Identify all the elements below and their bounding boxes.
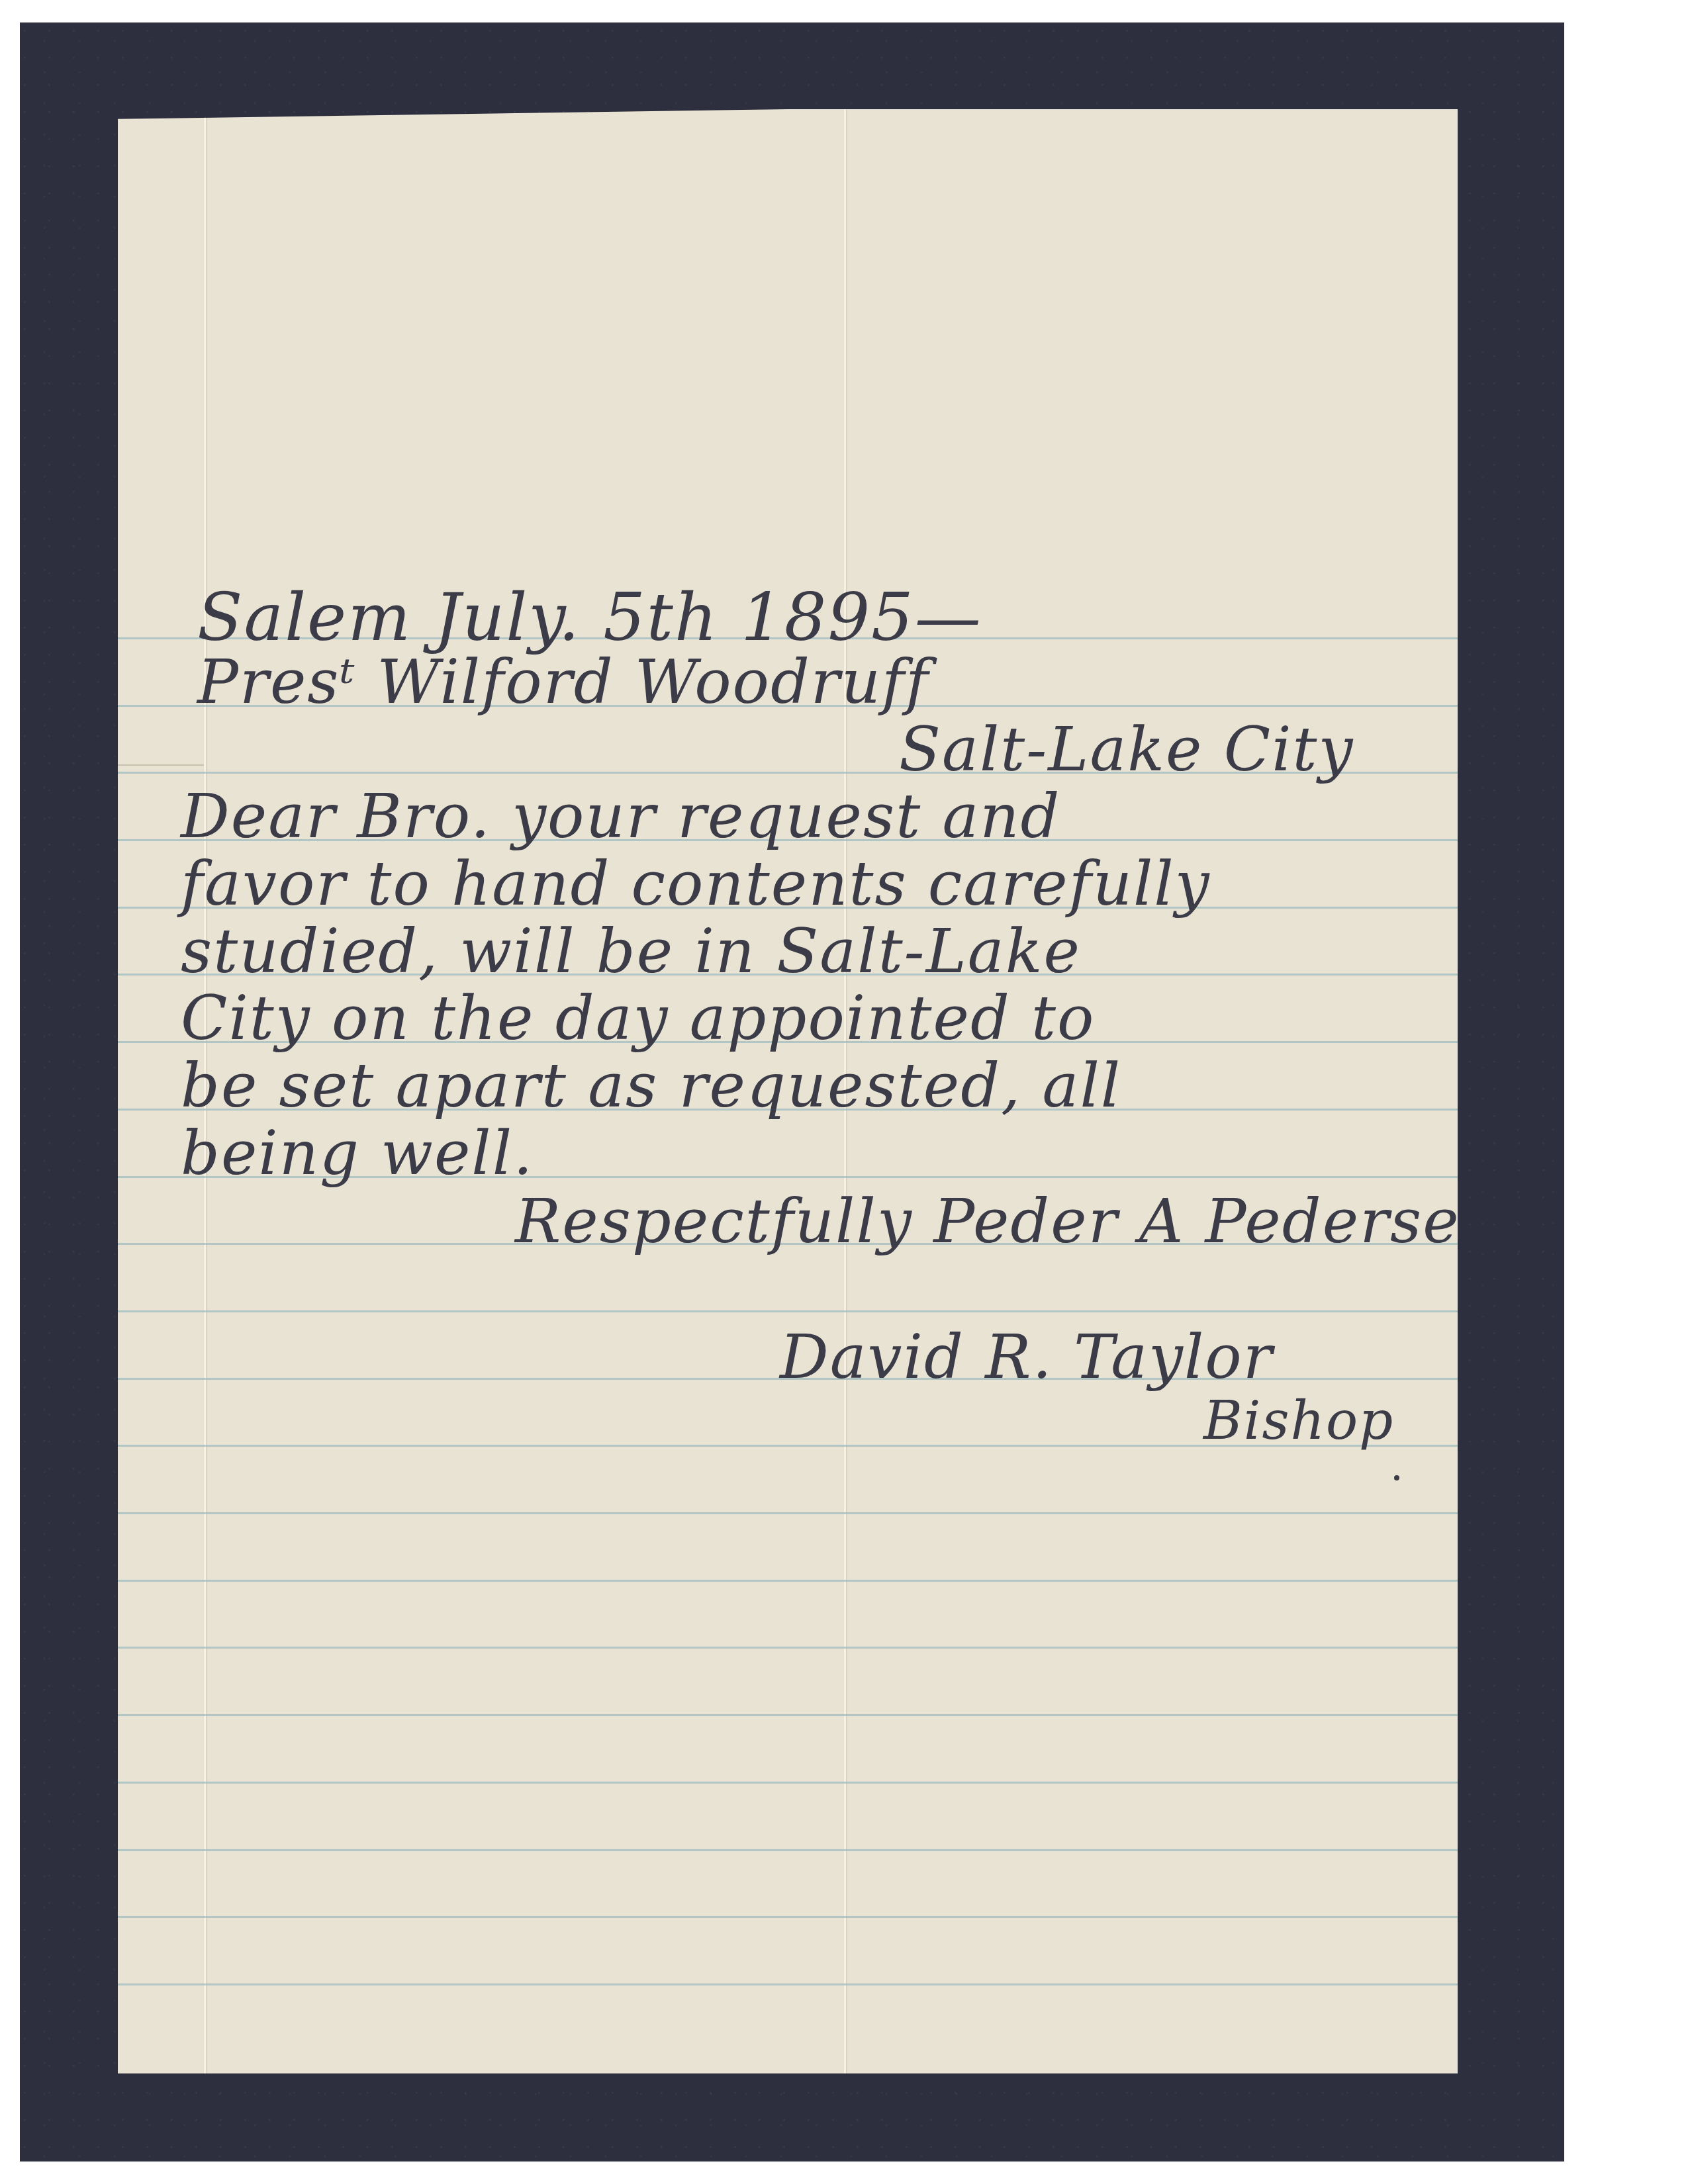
ruled-line bbox=[118, 1512, 1458, 1514]
body-line-4: City on the day appointed to bbox=[181, 988, 1095, 1049]
ruled-line bbox=[118, 1647, 1458, 1649]
ruled-line bbox=[118, 1714, 1458, 1716]
place-date-line: Salem July. 5th 1895— bbox=[197, 584, 982, 651]
ruled-line bbox=[118, 1916, 1458, 1918]
endorsement-title: Bishop bbox=[1203, 1394, 1394, 1447]
body-line-2: favor to hand contents carefully bbox=[181, 854, 1211, 915]
ink-dot bbox=[1394, 1475, 1399, 1480]
letter-paper: Salem July. 5th 1895— Presᵗ Wilford Wood… bbox=[118, 109, 1458, 2073]
addressee-city-line: Salt-Lake City bbox=[899, 719, 1354, 780]
ruled-line bbox=[118, 1580, 1458, 1582]
ruled-line bbox=[118, 1849, 1458, 1851]
endorsement-name: David R. Taylor bbox=[780, 1327, 1274, 1388]
body-line-3: studied, will be in Salt-Lake bbox=[181, 921, 1081, 982]
closing-signature: Respectfully Peder A Pedersen bbox=[515, 1191, 1458, 1252]
body-line-1: Dear Bro. your request and bbox=[181, 786, 1060, 847]
corner-crease bbox=[118, 764, 204, 766]
ruled-line bbox=[118, 1310, 1458, 1312]
addressee-line: Presᵗ Wilford Woodruff bbox=[197, 652, 929, 713]
body-line-5: be set apart as requested, all bbox=[181, 1056, 1121, 1116]
ruled-line bbox=[118, 1782, 1458, 1784]
body-line-6: being well. bbox=[181, 1123, 534, 1184]
ruled-line bbox=[118, 1983, 1458, 1985]
